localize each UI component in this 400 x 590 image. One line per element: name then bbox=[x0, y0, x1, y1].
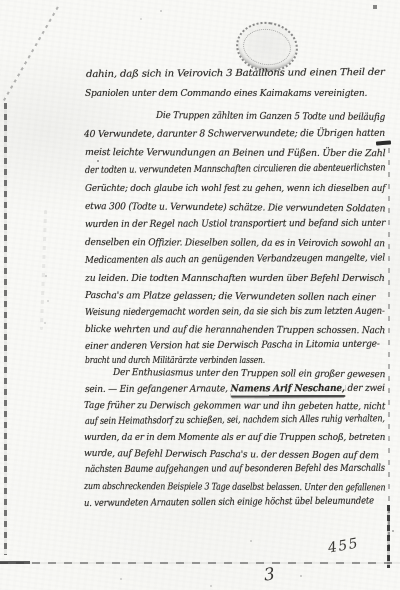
manuscript-line-text: bracht und durch Militärärzte verbinden … bbox=[85, 355, 265, 366]
manuscript-line-text: wurde, auf Befehl Derwisch Pascha's u. d… bbox=[84, 448, 379, 461]
footer-rule-start bbox=[0, 561, 30, 564]
corner-crease-line bbox=[3, 5, 60, 101]
manuscript-line-text: wurden, da er in dem Momente als er auf … bbox=[84, 432, 385, 443]
scan-specks bbox=[0, 0, 2, 2]
manuscript-line: einer anderen Version hat sie Derwisch P… bbox=[85, 340, 395, 353]
manuscript-line-text: Die Truppen zählten im Ganzen 5 Todte un… bbox=[156, 110, 385, 123]
manuscript-line-text: der zwei bbox=[345, 383, 385, 394]
manuscript-line: auf sein Heimathsdorf zu schießen, sei, … bbox=[85, 415, 400, 428]
footer-rule bbox=[0, 562, 400, 564]
manuscript-line-text: etwa 300 (Todte u. Verwundete) schätze. … bbox=[85, 201, 385, 214]
manuscript-line-text: wurden in der Regel nach Ustiol transpor… bbox=[85, 218, 385, 230]
manuscript-line-text: zum abschreckenden Beispiele 3 Tage dase… bbox=[84, 481, 385, 493]
manuscript-line-text: zu leiden. Die todten Mannschaften wurde… bbox=[85, 273, 385, 284]
manuscript-line-text: Der Enthusiasmus unter den Truppen soll … bbox=[113, 367, 385, 380]
manuscript-line: der todten u. verwundeten Mannschaften c… bbox=[85, 164, 400, 177]
manuscript-line: wurden in der Regel nach Ustiol transpor… bbox=[85, 218, 400, 231]
manuscript-line: Spaniolen unter dem Commando eines Kaima… bbox=[85, 87, 380, 100]
manuscript-line: Medicamenten als auch an genügenden Verb… bbox=[85, 254, 400, 267]
manuscript-line-text: auf sein Heimathsdorf zu schießen, sei, … bbox=[85, 413, 385, 427]
manuscript-line-text: einer anderen Version hat sie Derwisch P… bbox=[85, 339, 380, 352]
manuscript-line: Die Truppen zählten im Ganzen 5 Todte un… bbox=[156, 109, 400, 122]
scan-edge-left bbox=[4, 103, 7, 555]
manuscript-line-text: Pascha's am Platze gelassen; die Verwund… bbox=[85, 290, 375, 303]
manuscript-line: Der Enthusiasmus unter den Truppen soll … bbox=[113, 366, 400, 379]
manuscript-line-text: u. verwundeten Arnauten sollen sich eini… bbox=[84, 495, 374, 509]
scanned-page: dahin, daß sich in Veirovich 3 Bataillon… bbox=[0, 0, 400, 590]
manuscript-line-text: Medicamenten als auch an genügenden Verb… bbox=[85, 252, 385, 266]
manuscript-line: meist leichte Verwundungen an Beinen und… bbox=[85, 146, 389, 159]
manuscript-line-text: denselben ein Offizier. Dieselben sollen… bbox=[85, 237, 385, 249]
manuscript-line: denselben ein Offizier. Dieselben sollen… bbox=[85, 236, 400, 249]
manuscript-line-text: Tage früher zu Derwisch gekommen war und… bbox=[84, 400, 385, 412]
scan-edge-right-dark bbox=[387, 505, 390, 568]
manuscript-line-text: sein. — Ein gefangener Arnaute, bbox=[85, 383, 231, 395]
manuscript-line: wurden, da er in dem Momente als er auf … bbox=[84, 431, 400, 444]
manuscript-line-text: der todten u. verwundeten Mannschaften c… bbox=[85, 162, 385, 176]
manuscript-line-text: nächsten Baume aufgehangen und auf beson… bbox=[85, 463, 385, 475]
manuscript-line: Weisung niedergemacht worden sein, da si… bbox=[85, 306, 400, 319]
manuscript-line-text: 40 Verwundete, darunter 8 Schwerverwunde… bbox=[84, 128, 385, 140]
manuscript-line: sein. — Ein gefangener Arnaute, Namens A… bbox=[85, 383, 400, 396]
manuscript-line: wurde, auf Befehl Derwisch Pascha's u. d… bbox=[84, 447, 393, 460]
manuscript-line: zu leiden. Die todten Mannschaften wurde… bbox=[85, 272, 392, 285]
underlined-name: Namens Arif Neschane, bbox=[230, 383, 344, 395]
manuscript-line: nächsten Baume aufgehangen und auf beson… bbox=[85, 463, 400, 476]
manuscript-line: Gerüchte; doch glaube ich wohl fest zu g… bbox=[85, 182, 400, 195]
manuscript-line-text: meist leichte Verwundungen an Beinen und… bbox=[85, 147, 385, 159]
folio-number: 455 bbox=[327, 535, 361, 556]
manuscript-line-text: dahin, daß sich in Veirovich 3 Bataillon… bbox=[86, 67, 385, 80]
manuscript-line: zum abschreckenden Beispiele 3 Tage dase… bbox=[84, 480, 400, 493]
manuscript-line: Pascha's am Platze gelassen; die Verwund… bbox=[85, 289, 382, 302]
margin-squiggle bbox=[40, 210, 47, 330]
manuscript-line-text: Spaniolen unter dem Commando eines Kaima… bbox=[85, 88, 367, 99]
manuscript-line: 40 Verwundete, darunter 8 Schwerverwunde… bbox=[84, 128, 396, 141]
manuscript-line: etwa 300 (Todte u. Verwundete) schätze. … bbox=[85, 200, 400, 213]
manuscript-line: blicke wehrten und auf die herannahenden… bbox=[85, 323, 400, 336]
manuscript-line: Tage früher zu Derwisch gekommen war und… bbox=[84, 399, 400, 412]
page-number: 3 bbox=[263, 564, 276, 585]
manuscript-line: u. verwundeten Arnauten sollen sich eini… bbox=[84, 497, 400, 510]
manuscript-line-text: Weisung niedergemacht worden sein, da si… bbox=[85, 306, 385, 318]
manuscript-line-text: blicke wehrten und auf die herannahenden… bbox=[85, 324, 385, 336]
margin-ink-mark bbox=[376, 140, 391, 145]
manuscript-line-text: Gerüchte; doch glaube ich wohl fest zu g… bbox=[85, 183, 385, 194]
manuscript-line: dahin, daß sich in Veirovich 3 Bataillon… bbox=[86, 68, 365, 81]
